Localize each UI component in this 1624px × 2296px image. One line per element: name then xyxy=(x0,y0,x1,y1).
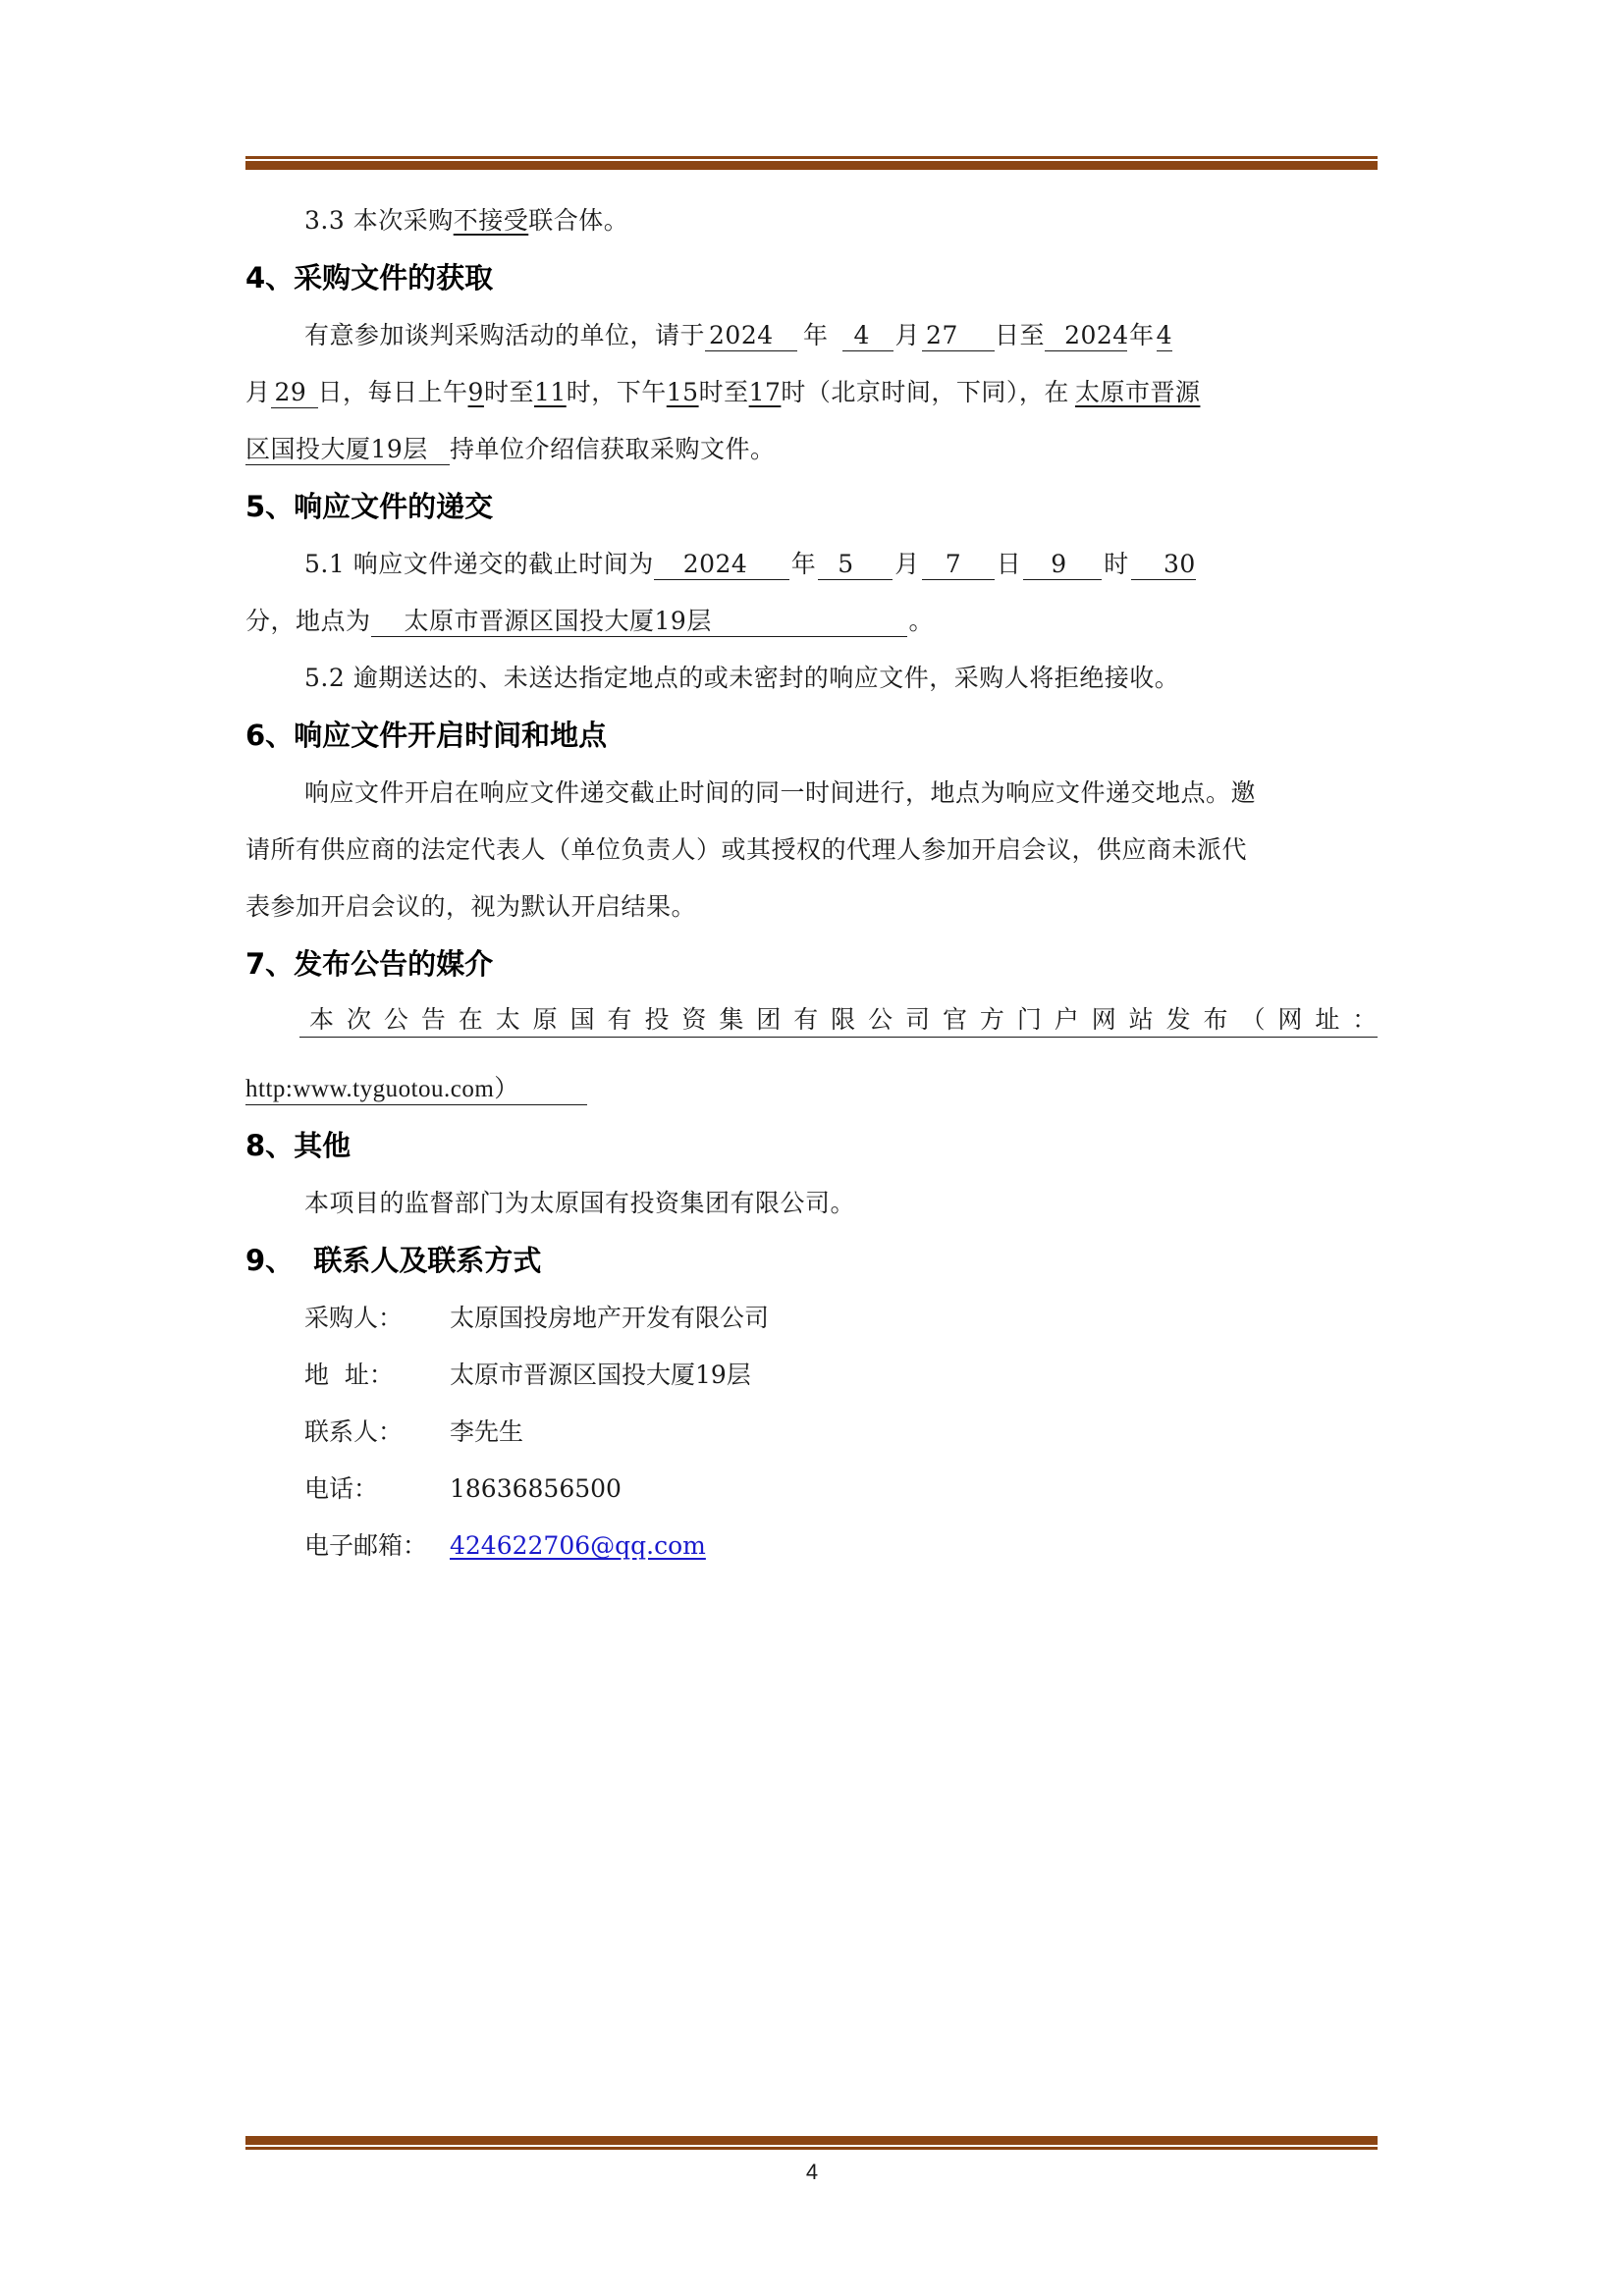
item-5-1-cont: 分，地点为太原市晋源区国投大厦19层。 xyxy=(245,593,1378,650)
s4-text: 时（北京时间，下同），在 xyxy=(781,378,1069,406)
media-char: 集 xyxy=(719,1003,744,1037)
s4-text: 有意参加谈判采购活动的单位，请于 xyxy=(304,321,705,349)
label: 日至 xyxy=(995,321,1045,349)
s7-line-1: 本次公告在太原国有投资集团有限公司官方门户网站发布（网址： xyxy=(245,1003,1378,1060)
label: 时至 xyxy=(699,378,749,406)
contact-value: 18636856500 xyxy=(450,1461,622,1518)
media-char: 方 xyxy=(980,1003,1005,1037)
s4-line-3: 区国投大厦19层持单位介绍信获取采购文件。 xyxy=(245,421,1378,478)
contact-value: 李先生 xyxy=(450,1404,523,1461)
s6-line-3: 表参加开启会议的，视为默认开启结果。 xyxy=(245,879,1378,935)
section-7-heading: 7、发布公告的媒介 xyxy=(245,935,1378,993)
media-char: 司 xyxy=(905,1003,931,1037)
label: 月 xyxy=(893,550,922,578)
website-url[interactable]: http:www.tyguotou.com） xyxy=(245,1075,587,1105)
item-3-3-underlined: 不接受 xyxy=(454,206,529,235)
media-statement: 本次公告在太原国有投资集团有限公司官方门户网站发布（网址： xyxy=(299,1003,1378,1038)
label: 日 xyxy=(995,550,1024,578)
s7-line-2: http:www.tyguotou.com） xyxy=(245,1060,1378,1117)
am-start-field: 9 xyxy=(468,378,484,406)
location-field: 太原市晋源 xyxy=(1069,378,1201,406)
item-3-3: 3.3 本次采购不接受联合体。 xyxy=(245,192,1378,249)
item-5-2: 5.2 逾期送达的、未送达指定地点的或未密封的响应文件，采购人将拒绝接收。 xyxy=(245,650,1378,707)
s4-line-1: 有意参加谈判采购活动的单位，请于2024年4月27日至2024年4 xyxy=(245,307,1378,364)
start-month-field: 4 xyxy=(842,321,893,351)
label: 年 xyxy=(797,321,842,349)
media-char: 官 xyxy=(943,1003,968,1037)
end-year-field: 2024 xyxy=(1045,321,1127,351)
s6-line-2: 请所有供应商的法定代表人（单位负责人）或其授权的代理人参加开启会议，供应商未派代 xyxy=(245,822,1378,879)
section-6-heading: 6、响应文件开启时间和地点 xyxy=(245,707,1378,765)
deadline-hour-field: 9 xyxy=(1023,550,1102,580)
media-char: 太 xyxy=(496,1003,521,1037)
contact-row-purchaser: 采购人： 太原国投房地产开发有限公司 xyxy=(245,1290,1378,1347)
media-char: 网 xyxy=(1092,1003,1117,1037)
s4-text: 时，下午 xyxy=(567,378,667,406)
pm-start-field: 15 xyxy=(667,378,699,406)
media-char: 有 xyxy=(608,1003,633,1037)
end-day-field: 29 xyxy=(271,378,318,408)
deadline-location-field: 太原市晋源区国投大厦19层 xyxy=(371,607,907,637)
deadline-month-field: 5 xyxy=(818,550,893,580)
item-3-3-prefix: 3.3 本次采购 xyxy=(304,206,454,235)
section-5-heading: 5、响应文件的递交 xyxy=(245,478,1378,536)
start-year-field: 2024 xyxy=(705,321,797,351)
item-5-1-prefix: 5.1 响应文件递交的截止时间为 xyxy=(304,550,654,578)
header-rule xyxy=(245,156,1378,170)
section-8-heading: 8、其他 xyxy=(245,1117,1378,1175)
s6-line-1: 响应文件开启在响应文件递交截止时间的同一时间进行，地点为响应文件递交地点。邀 xyxy=(245,765,1378,822)
contact-label: 联系人： xyxy=(304,1404,450,1461)
email-link[interactable]: 424622706@qq.com xyxy=(450,1518,706,1575)
label: 分，地点为 xyxy=(245,607,371,635)
footer-rule xyxy=(245,2136,1378,2150)
s4-text: 持单位介绍信获取采购文件。 xyxy=(450,435,776,463)
item-5-1: 5.1 响应文件递交的截止时间为2024年5月7日9时30 xyxy=(245,536,1378,593)
s4-line-2: 月29日，每日上午9时至11时，下午15时至17时（北京时间，下同），在太原市晋… xyxy=(245,364,1378,421)
label: 时至 xyxy=(484,378,534,406)
label: 时 xyxy=(1102,550,1131,578)
label: 月 xyxy=(893,321,923,349)
media-char: 址 xyxy=(1315,1003,1340,1037)
label: 。 xyxy=(907,607,935,635)
media-char: 投 xyxy=(644,1003,670,1037)
media-char: 站 xyxy=(1129,1003,1155,1037)
page-content: 3.3 本次采购不接受联合体。 4、采购文件的获取 有意参加谈判采购活动的单位，… xyxy=(245,192,1378,1575)
section-9-heading: 9、 联系人及联系方式 xyxy=(245,1232,1378,1290)
media-char: ： xyxy=(1352,1003,1378,1037)
media-char: 网 xyxy=(1277,1003,1303,1037)
media-char: 在 xyxy=(459,1003,484,1037)
media-char: 户 xyxy=(1055,1003,1080,1037)
label: 月 xyxy=(245,378,271,406)
media-char: 公 xyxy=(384,1003,409,1037)
media-char: （ xyxy=(1240,1003,1266,1037)
page-number: 4 xyxy=(0,2160,1624,2185)
label: 年 xyxy=(789,550,819,578)
contact-label: 电子邮箱： xyxy=(304,1518,450,1575)
item-3-3-suffix: 联合体。 xyxy=(528,206,628,235)
media-char: 国 xyxy=(570,1003,596,1037)
label: 年 xyxy=(1127,321,1157,349)
deadline-minute-field: 30 xyxy=(1131,550,1196,580)
media-char: 限 xyxy=(831,1003,856,1037)
media-char: 门 xyxy=(1017,1003,1043,1037)
start-day-field: 27 xyxy=(922,321,995,351)
end-month-field: 4 xyxy=(1157,321,1172,351)
media-char: 发 xyxy=(1166,1003,1192,1037)
contact-row-address: 地 址： 太原市晋源区国投大厦19层 xyxy=(245,1347,1378,1404)
contact-row-phone: 电话： 18636856500 xyxy=(245,1461,1378,1518)
media-char: 有 xyxy=(793,1003,819,1037)
deadline-year-field: 2024 xyxy=(654,550,789,580)
deadline-day-field: 7 xyxy=(922,550,995,580)
s4-text: 日，每日上午 xyxy=(318,378,468,406)
media-char: 告 xyxy=(421,1003,447,1037)
contact-label: 地 址： xyxy=(304,1347,450,1404)
contact-label: 采购人： xyxy=(304,1290,450,1347)
media-char: 公 xyxy=(868,1003,893,1037)
pm-end-field: 17 xyxy=(749,378,782,406)
contact-value: 太原市晋源区国投大厦19层 xyxy=(450,1347,751,1404)
media-char: 团 xyxy=(756,1003,782,1037)
contact-row-person: 联系人： 李先生 xyxy=(245,1404,1378,1461)
media-char: 原 xyxy=(533,1003,559,1037)
location-field-cont: 区国投大厦19层 xyxy=(245,435,450,465)
media-char: 次 xyxy=(347,1003,372,1037)
contact-label: 电话： xyxy=(304,1461,450,1518)
am-end-field: 11 xyxy=(534,378,567,406)
media-char: 资 xyxy=(681,1003,707,1037)
contact-row-email: 电子邮箱： 424622706@qq.com xyxy=(245,1518,1378,1575)
media-char: 本 xyxy=(309,1003,335,1037)
section-4-heading: 4、采购文件的获取 xyxy=(245,249,1378,307)
contact-value: 太原国投房地产开发有限公司 xyxy=(450,1290,769,1347)
media-char: 布 xyxy=(1204,1003,1229,1037)
supervisor-text: 本项目的监督部门为太原国有投资集团有限公司。 xyxy=(245,1175,1378,1232)
